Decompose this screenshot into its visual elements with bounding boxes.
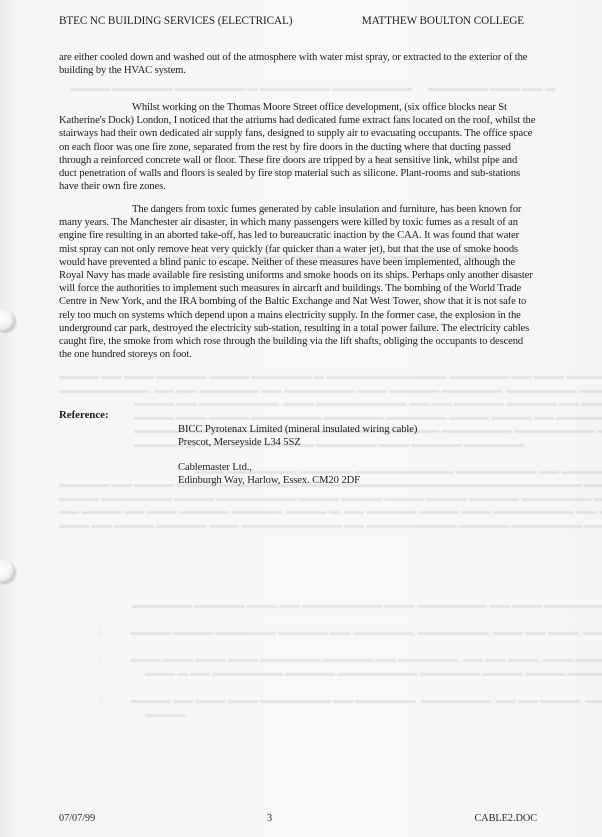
reference-entry: BICC Pyrotenax Limited (mineral insulate… — [178, 423, 417, 449]
punch-hole-upper — [0, 309, 14, 331]
reference-address: Edinburgh Way, Harlow, Essex. CM20 2DF — [178, 474, 360, 487]
bleed-through-text: ▬▬▬▬ ▬▬▬▬▬▬ ▬▬▬▬▬▬▬ ▬ ▬▬▬▬▬▬▬ ▬▬▬▬▬▬▬▬ ▬… — [70, 82, 555, 96]
paragraph-text: The dangers from toxic fumes generated b… — [59, 203, 537, 361]
reference-name: Cablemaster Ltd., — [178, 461, 360, 474]
bleed-through-text: 2. ▬▬▬ ▬▬▬ ▬▬▬ ▬▬▬ ▬▬▬▬▬▬ ▬▬▬▬▬ ▬▬ ▬▬▬▬▬… — [98, 653, 602, 667]
bleed-through-text: ▬▬▬▬▬▬ ▬▬▬▬▬ ▬▬▬ ▬▬ ▬▬▬▬▬▬▬▬ ▬▬▬ ▬▬▬▬▬▬▬… — [132, 599, 602, 613]
bleed-through-text: ▬▬▬▬ ▬▬ ▬▬▬ ▬▬▬▬▬ ▬▬▬▬ ▬▬▬▬▬▬ ▬ ▬▬▬▬▬▬▬▬… — [59, 370, 602, 532]
college-name: MATTHEW BOULTON COLLEGE — [362, 15, 524, 27]
paragraph-text: are either cooled down and washed out of… — [59, 51, 537, 77]
paragraph-text: Whilst working on the Thomas Moore Stree… — [59, 101, 537, 193]
bleed-through-text: ▬▬▬ ▬ ▬▬ ▬▬▬▬▬▬▬ ▬▬▬▬▬ ▬▬▬▬▬▬▬▬ ▬▬▬▬▬▬ ▬… — [145, 667, 602, 681]
scanned-page: ▬▬▬▬ ▬▬▬▬▬▬ ▬▬▬▬▬▬▬ ▬ ▬▬▬▬▬▬▬ ▬▬▬▬▬▬▬▬ ▬… — [0, 0, 602, 837]
bleed-through-text: ▬▬▬▬. — [145, 708, 188, 722]
page-header: BTEC NC BUILDING SERVICES (ELECTRICAL) M… — [59, 15, 524, 27]
bleed-through-text: 3. ▬▬▬▬ ▬▬ ▬▬▬ ▬▬▬ ▬▬▬▬▬▬▬ ▬▬ ▬▬▬▬▬▬, ▬▬… — [98, 694, 602, 708]
footer-filename: CABLE2.DOC — [474, 813, 537, 824]
reference-heading: Reference: — [59, 409, 109, 421]
paragraph-1: are either cooled down and washed out of… — [59, 51, 537, 77]
reference-address: Prescot, Merseyside L34 5SZ — [178, 436, 417, 449]
paragraph-3: The dangers from toxic fumes generated b… — [59, 203, 537, 361]
footer-date: 07/07/99 — [59, 813, 95, 824]
page-number: 3 — [267, 813, 272, 824]
punch-hole-lower — [0, 560, 14, 582]
paragraph-2: Whilst working on the Thomas Moore Stree… — [59, 101, 537, 193]
bleed-through-text: 1. ▬▬▬▬ ▬▬▬▬ ▬▬▬▬▬▬ ▬▬▬▬▬ ▬▬ ▬▬▬▬▬▬, ▬▬▬… — [98, 626, 602, 640]
reference-name: BICC Pyrotenax Limited (mineral insulate… — [178, 423, 417, 436]
course-title: BTEC NC BUILDING SERVICES (ELECTRICAL) — [59, 15, 292, 27]
reference-entry: Cablemaster Ltd., Edinburgh Way, Harlow,… — [178, 461, 360, 487]
